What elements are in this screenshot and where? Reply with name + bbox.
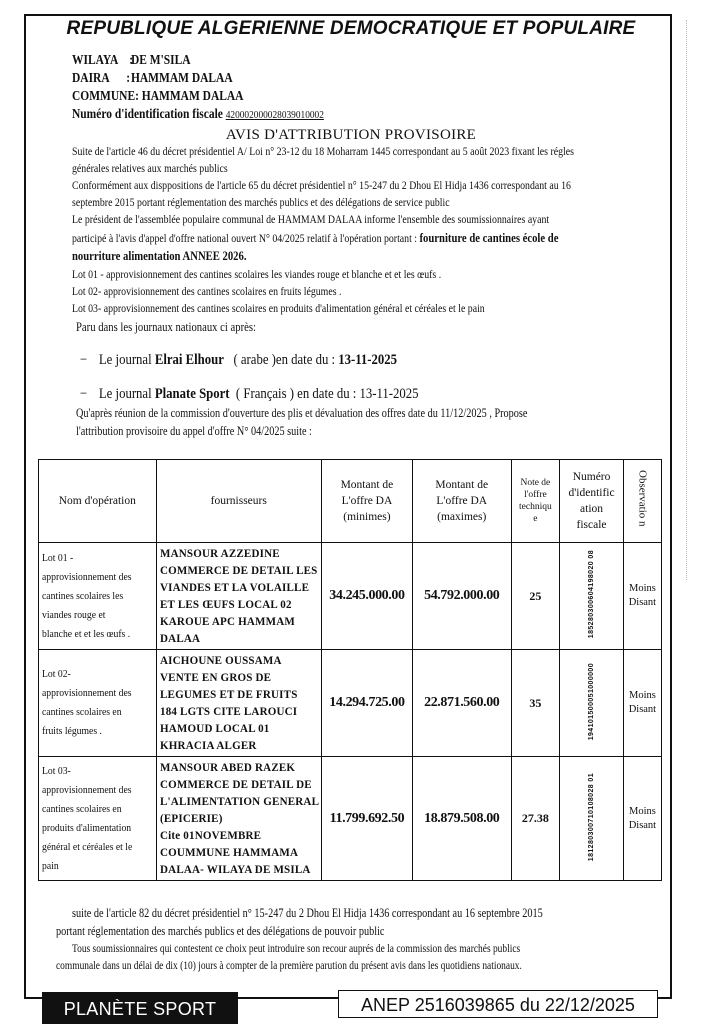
cell-line: cantines scolaires en [42, 703, 139, 722]
paragraph: Le président de l'assemblée populaire co… [72, 211, 662, 228]
cell-line: Disant [627, 703, 658, 717]
header-line: L'offre DA [325, 493, 409, 509]
cell-line: approvisionnement des [42, 684, 139, 703]
header-line: (maximes) [416, 509, 508, 525]
cell-line: L'ALIMENTATION GENERAL [160, 793, 306, 810]
header-line: ation [563, 501, 620, 517]
journals-intro: Paru dans les journaux nationaux ci aprè… [76, 318, 666, 335]
lot-line: Lot 01 - approvisionnement des cantines … [72, 266, 662, 283]
header-line: L'offre DA [416, 493, 508, 509]
operation-cell: Lot 03-approvisionnement descantines sco… [39, 757, 157, 881]
technical-note-cell: 27.38 [511, 757, 560, 881]
observation-cell: MoinsDisant [623, 757, 661, 881]
anep-reference: ANEP 2516039865 du 22/12/2025 [338, 990, 658, 1018]
cell-line: MANSOUR ABED RAZEK [160, 759, 306, 776]
cell-line: MANSOUR AZZEDINE [160, 545, 306, 562]
commune-line: COMMUNE: HAMMAM DALAA [72, 88, 243, 104]
cell-line: approvisionnement des [42, 781, 139, 800]
header-min-amount: Montant de L'offre DA (minimes) [321, 460, 412, 543]
header-supplier: fournisseurs [156, 460, 321, 543]
cell-line: général et céréales et le [42, 838, 139, 857]
header-line: fiscale [563, 517, 620, 533]
fiscal-number-cell: 181280300710108028 01 [560, 757, 624, 881]
operation-title: fourniture de cantines école de [419, 230, 558, 245]
cell-line: pain [42, 857, 139, 876]
cell-line: Lot 02- [42, 665, 139, 684]
scan-edge [686, 20, 688, 580]
commission-line: Qu'après réunion de la commission d'ouve… [76, 405, 666, 422]
cell-line: approvisionnement des [42, 568, 139, 587]
cell-line: COMMERCE DE DETAIL DE [160, 776, 306, 793]
table-header-row: Nom d'opération fournisseurs Montant de … [39, 460, 662, 543]
paragraph: Conformément aux disppositions de l'arti… [72, 177, 662, 194]
commune-label: COMMUNE: [72, 88, 139, 103]
cell-line: cantines scolaires les [42, 587, 139, 606]
cell-line: KAROUE APC HAMMAM [160, 613, 306, 630]
cell-line: AICHOUNE OUSSAMA [160, 652, 306, 669]
cell-line: Lot 01 - [42, 549, 139, 568]
max-amount-cell: 22.871.560.00 [412, 650, 511, 757]
cell-line: cantines scolaires en [42, 800, 139, 819]
technical-note-cell: 35 [511, 650, 560, 757]
commission-line: l'attribution provisoire du appel d'offr… [76, 423, 666, 440]
min-amount-cell: 11.799.692.50 [321, 757, 412, 881]
cell-line: ET LES ŒUFS LOCAL 02 [160, 596, 306, 613]
supplier-cell: MANSOUR ABED RAZEKCOMMERCE DE DETAIL DEL… [156, 757, 321, 881]
cell-line: COMMERCE DE DETAIL LES [160, 562, 306, 579]
operation-title-2: nourriture alimentation ANNEE 2026. [72, 248, 247, 263]
footer-line: portant réglementation des marchés publi… [56, 923, 646, 940]
header-line: Numéro [563, 469, 620, 485]
wilaya-value: DE M'SILA [131, 52, 191, 67]
lot-line: Lot 03- approvisionnement des cantines s… [72, 300, 662, 317]
cell-line: Lot 03- [42, 762, 139, 781]
cell-line: 184 LGTS CITE LAROUCI [160, 703, 306, 720]
max-amount-cell: 54.792.000.00 [412, 543, 511, 650]
operation-title-cont: nourriture alimentation ANNEE 2026. [72, 247, 662, 264]
cell-line: VENTE EN GROS DE [160, 669, 306, 686]
fiscal-id-label: Numéro d'identification fiscale [72, 106, 223, 121]
bullet-icon: − [80, 352, 87, 368]
journal-lang: ( Français ) en date du : [236, 386, 356, 402]
cell-line: produits d'alimentation [42, 819, 139, 838]
cell-line: VIANDES ET LA VOLAILLE [160, 579, 306, 596]
table-row: Lot 02-approvisionnement descantines sco… [39, 650, 662, 757]
document-title: REPUBLIQUE ALGERIENNE DEMOCRATIQUE ET PO… [0, 18, 702, 40]
min-amount-cell: 14.294.725.00 [321, 650, 412, 757]
commune-value: HAMMAM DALAA [142, 88, 244, 103]
paragraph: générales relatives aux marchés publics [72, 160, 662, 177]
journal-lang: ( arabe )en date du : [233, 352, 335, 368]
table-row: Lot 03-approvisionnement descantines sco… [39, 757, 662, 881]
fiscal-number: 194101500051000000 [588, 663, 595, 740]
header-observation: Observatio n [623, 460, 661, 543]
footer-line: Tous soumissionnaires qui contestent ce … [72, 941, 662, 958]
lot-line: Lot 02- approvisionnement des cantines s… [72, 283, 662, 300]
daira-line: DAIRA : HAMMAM DALAA [72, 70, 233, 86]
cell-line: (EPICERIE) [160, 810, 306, 827]
journal-item: − Le journal Elrai Elhour ( arabe )en da… [80, 352, 397, 369]
header-line: l'offre [515, 489, 557, 501]
header-line: techniqu [515, 501, 557, 513]
operation-cell: Lot 02-approvisionnement descantines sco… [39, 650, 157, 757]
header-line: (minimes) [325, 509, 409, 525]
cell-line: fruits légumes . [42, 722, 139, 741]
cell-line: Moins [627, 582, 658, 596]
cell-line: Disant [627, 596, 658, 610]
operation-cell: Lot 01 -approvisionnement descantines sc… [39, 543, 157, 650]
min-amount-cell: 34.245.000.00 [321, 543, 412, 650]
journal-prefix: Le journal [99, 386, 152, 402]
bullet-icon: − [80, 386, 87, 402]
journal-date: 13-11-2025 [338, 352, 397, 368]
observation-cell: MoinsDisant [623, 650, 661, 757]
footer-line: suite de l'article 82 du décret présiden… [72, 905, 662, 922]
header-fiscal-number: Numéro d'identific ation fiscale [560, 460, 624, 543]
supplier-cell: AICHOUNE OUSSAMAVENTE EN GROS DELEGUMES … [156, 650, 321, 757]
cell-line: COUMMUNE HAMMAMA [160, 844, 306, 861]
footer-line: communale dans un délai de dix (10) jour… [56, 958, 646, 975]
header-line: Note de [515, 477, 557, 489]
cell-line: KHRACIA ALGER [160, 737, 306, 754]
journal-name: Elrai Elhour [155, 352, 224, 368]
cell-line: DALAA [160, 630, 306, 647]
cell-line: LEGUMES ET DE FRUITS [160, 686, 306, 703]
cell-line: DALAA- WILAYA DE MSILA [160, 861, 306, 878]
supplier-cell: MANSOUR AZZEDINECOMMERCE DE DETAIL LESVI… [156, 543, 321, 650]
header-technical-note: Note de l'offre techniqu e [511, 460, 560, 543]
header-line: Montant de [325, 477, 409, 493]
header-observation-text: Observatio n [636, 470, 648, 527]
fiscal-number-cell: 185280300604198020 08 [560, 543, 624, 650]
max-amount-cell: 18.879.508.00 [412, 757, 511, 881]
paragraph: septembre 2015 portant réglementation de… [72, 194, 662, 211]
cell-line: Cite 01NOVEMBRE [160, 827, 306, 844]
cell-line: Disant [627, 819, 658, 833]
observation-cell: MoinsDisant [623, 543, 661, 650]
fiscal-number: 185280300604198020 08 [588, 550, 595, 638]
journal-date: 13-11-2025 [360, 386, 419, 402]
participation-line: participé à l'avis d'appel d'offre natio… [72, 229, 662, 247]
header-line: Montant de [416, 477, 508, 493]
journal-item: − Le journal Planate Sport ( Français ) … [80, 386, 419, 403]
fiscal-number-cell: 194101500051000000 [560, 650, 624, 757]
header-line: d'identific [563, 485, 620, 501]
fiscal-id-value: 420002000028039010002 [226, 109, 324, 121]
cell-line: viandes rouge et [42, 606, 139, 625]
journal-prefix: Le journal [99, 352, 152, 368]
cell-line: blanche et et les œufs . [42, 625, 139, 644]
header-max-amount: Montant de L'offre DA (maximes) [412, 460, 511, 543]
wilaya-line: WILAYA : DE M'SILA [72, 52, 191, 68]
wilaya-label: WILAYA : [72, 52, 128, 68]
fiscal-number: 181280300710108028 01 [588, 773, 595, 861]
attribution-table: Nom d'opération fournisseurs Montant de … [38, 459, 662, 881]
cell-line: Moins [627, 805, 658, 819]
fiscal-id-line: Numéro d'identification fiscale 42000200… [72, 106, 324, 122]
publication-badge: PLANÈTE SPORT [42, 992, 238, 1024]
paragraph: Suite de l'article 46 du décret présiden… [72, 143, 662, 160]
daira-value: HAMMAM DALAA [131, 70, 233, 85]
header-line: e [515, 513, 557, 525]
participation-text: participé à l'avis d'appel d'offre natio… [72, 231, 419, 245]
table-row: Lot 01 -approvisionnement descantines sc… [39, 543, 662, 650]
notice-heading: AVIS D'ATTRIBUTION PROVISOIRE [0, 127, 702, 144]
journal-name: Planate Sport [155, 386, 230, 402]
cell-line: Moins [627, 689, 658, 703]
cell-line: HAMOUD LOCAL 01 [160, 720, 306, 737]
daira-label: DAIRA : [72, 70, 128, 86]
header-operation: Nom d'opération [39, 460, 157, 543]
technical-note-cell: 25 [511, 543, 560, 650]
